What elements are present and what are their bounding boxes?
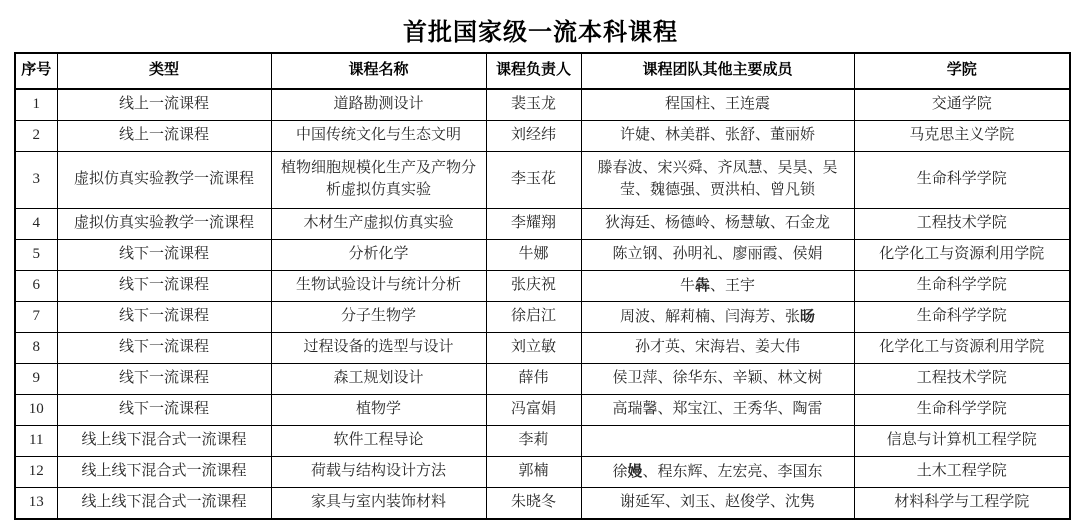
table-row: 4 虚拟仿真实验教学一流课程 木材生产虚拟仿真实验 李耀翔 狄海廷、杨德岭、杨慧…: [15, 209, 1070, 240]
cell-college: 化学化工与资源利用学院: [854, 240, 1070, 271]
cell-college: 工程技术学院: [854, 209, 1070, 240]
cell-team: 谢延军、刘玉、赵俊学、沈隽: [581, 488, 854, 520]
cell-leader: 郭楠: [486, 457, 581, 488]
table-row: 11 线上线下混合式一流课程 软件工程导论 李莉 信息与计算机工程学院: [15, 426, 1070, 457]
cell-type: 线上一流课程: [57, 121, 271, 152]
cell-team: 程国柱、王连震: [581, 89, 854, 121]
cell-team: 陈立钢、孙明礼、廖丽霞、侯娟: [581, 240, 854, 271]
cell-no: 1: [15, 89, 57, 121]
cell-course: 植物学: [271, 395, 486, 426]
cell-no: 11: [15, 426, 57, 457]
cell-no: 3: [15, 152, 57, 209]
cell-no: 13: [15, 488, 57, 520]
cell-college: 信息与计算机工程学院: [854, 426, 1070, 457]
cell-leader: 李玉花: [486, 152, 581, 209]
cell-team: 侯卫萍、徐华东、辛颖、林文树: [581, 364, 854, 395]
table-row: 2 线上一流课程 中国传统文化与生态文明 刘经纬 许婕、林美群、张舒、董丽娇 马…: [15, 121, 1070, 152]
table-row: 6 线下一流课程 生物试验设计与统计分析 张庆祝 牛犇、王宇 生命科学学院: [15, 271, 1070, 302]
cell-type: 线下一流课程: [57, 333, 271, 364]
cell-course: 生物试验设计与统计分析: [271, 271, 486, 302]
cell-type: 线上线下混合式一流课程: [57, 488, 271, 520]
table-body: 1 线上一流课程 道路勘测设计 裴玉龙 程国柱、王连震 交通学院 2 线上一流课…: [15, 89, 1070, 519]
cell-no: 5: [15, 240, 57, 271]
cell-type: 虚拟仿真实验教学一流课程: [57, 152, 271, 209]
cell-course: 分子生物学: [271, 302, 486, 333]
cell-type: 线下一流课程: [57, 271, 271, 302]
header-college: 学院: [854, 53, 1070, 89]
cell-course: 家具与室内装饰材料: [271, 488, 486, 520]
cell-type: 线上线下混合式一流课程: [57, 426, 271, 457]
cell-team: 狄海廷、杨德岭、杨慧敏、石金龙: [581, 209, 854, 240]
cell-type: 线上线下混合式一流课程: [57, 457, 271, 488]
cell-course: 过程设备的选型与设计: [271, 333, 486, 364]
cell-course: 软件工程导论: [271, 426, 486, 457]
header-course: 课程名称: [271, 53, 486, 89]
cell-no: 10: [15, 395, 57, 426]
cell-no: 2: [15, 121, 57, 152]
cell-leader: 朱晓冬: [486, 488, 581, 520]
document-page: 首批国家级一流本科课程 序号 类型 课程名称 课程负责人 课程团队其他主要成员 …: [0, 0, 1081, 531]
table-row: 3 虚拟仿真实验教学一流课程 植物细胞规模化生产及产物分析虚拟仿真实验 李玉花 …: [15, 152, 1070, 209]
cell-team: 许婕、林美群、张舒、董丽娇: [581, 121, 854, 152]
table-row: 8 线下一流课程 过程设备的选型与设计 刘立敏 孙才英、宋海岩、姜大伟 化学化工…: [15, 333, 1070, 364]
cell-leader: 李耀翔: [486, 209, 581, 240]
cell-no: 7: [15, 302, 57, 333]
cell-leader: 徐启江: [486, 302, 581, 333]
cell-type: 线下一流课程: [57, 302, 271, 333]
cell-team: 周波、解莉楠、闫海芳、张旸: [581, 302, 854, 333]
cell-team: 孙才英、宋海岩、姜大伟: [581, 333, 854, 364]
cell-leader: 牛娜: [486, 240, 581, 271]
page-title: 首批国家级一流本科课程: [0, 12, 1081, 47]
table-row: 9 线下一流课程 森工规划设计 薛伟 侯卫萍、徐华东、辛颖、林文树 工程技术学院: [15, 364, 1070, 395]
cell-leader: 刘立敏: [486, 333, 581, 364]
cell-team: 高瑞馨、郑宝江、王秀华、陶雷: [581, 395, 854, 426]
cell-type: 线下一流课程: [57, 395, 271, 426]
table-row: 7 线下一流课程 分子生物学 徐启江 周波、解莉楠、闫海芳、张旸 生命科学学院: [15, 302, 1070, 333]
cell-college: 生命科学学院: [854, 395, 1070, 426]
header-type: 类型: [57, 53, 271, 89]
cell-college: 马克思主义学院: [854, 121, 1070, 152]
course-table: 序号 类型 课程名称 课程负责人 课程团队其他主要成员 学院 1 线上一流课程 …: [14, 52, 1071, 520]
cell-course: 道路勘测设计: [271, 89, 486, 121]
cell-team: 徐嫚、程东辉、左宏亮、李国东: [581, 457, 854, 488]
cell-course: 木材生产虚拟仿真实验: [271, 209, 486, 240]
cell-leader: 薛伟: [486, 364, 581, 395]
cell-leader: 李莉: [486, 426, 581, 457]
table-row: 5 线下一流课程 分析化学 牛娜 陈立钢、孙明礼、廖丽霞、侯娟 化学化工与资源利…: [15, 240, 1070, 271]
cell-leader: 刘经纬: [486, 121, 581, 152]
cell-college: 化学化工与资源利用学院: [854, 333, 1070, 364]
header-no: 序号: [15, 53, 57, 89]
cell-leader: 张庆祝: [486, 271, 581, 302]
cell-team: 滕春波、宋兴舜、齐凤慧、吴昊、吴莹、魏德强、贾洪柏、曾凡锁: [581, 152, 854, 209]
cell-team: [581, 426, 854, 457]
cell-college: 生命科学学院: [854, 152, 1070, 209]
cell-course: 植物细胞规模化生产及产物分析虚拟仿真实验: [271, 152, 486, 209]
cell-leader: 冯富娟: [486, 395, 581, 426]
cell-type: 虚拟仿真实验教学一流课程: [57, 209, 271, 240]
cell-course: 森工规划设计: [271, 364, 486, 395]
cell-no: 6: [15, 271, 57, 302]
cell-type: 线下一流课程: [57, 364, 271, 395]
cell-no: 8: [15, 333, 57, 364]
cell-college: 生命科学学院: [854, 302, 1070, 333]
cell-no: 4: [15, 209, 57, 240]
cell-type: 线下一流课程: [57, 240, 271, 271]
cell-college: 工程技术学院: [854, 364, 1070, 395]
cell-type: 线上一流课程: [57, 89, 271, 121]
cell-no: 12: [15, 457, 57, 488]
table-row: 12 线上线下混合式一流课程 荷载与结构设计方法 郭楠 徐嫚、程东辉、左宏亮、李…: [15, 457, 1070, 488]
table-header: 序号 类型 课程名称 课程负责人 课程团队其他主要成员 学院: [15, 53, 1070, 89]
header-team: 课程团队其他主要成员: [581, 53, 854, 89]
header-leader: 课程负责人: [486, 53, 581, 89]
cell-college: 交通学院: [854, 89, 1070, 121]
cell-course: 荷载与结构设计方法: [271, 457, 486, 488]
table-row: 10 线下一流课程 植物学 冯富娟 高瑞馨、郑宝江、王秀华、陶雷 生命科学学院: [15, 395, 1070, 426]
cell-college: 材料科学与工程学院: [854, 488, 1070, 520]
table-row: 13 线上线下混合式一流课程 家具与室内装饰材料 朱晓冬 谢延军、刘玉、赵俊学、…: [15, 488, 1070, 520]
cell-team: 牛犇、王宇: [581, 271, 854, 302]
cell-course: 分析化学: [271, 240, 486, 271]
cell-leader: 裴玉龙: [486, 89, 581, 121]
cell-college: 土木工程学院: [854, 457, 1070, 488]
header-row: 序号 类型 课程名称 课程负责人 课程团队其他主要成员 学院: [15, 53, 1070, 89]
table-row: 1 线上一流课程 道路勘测设计 裴玉龙 程国柱、王连震 交通学院: [15, 89, 1070, 121]
cell-course: 中国传统文化与生态文明: [271, 121, 486, 152]
cell-no: 9: [15, 364, 57, 395]
cell-college: 生命科学学院: [854, 271, 1070, 302]
